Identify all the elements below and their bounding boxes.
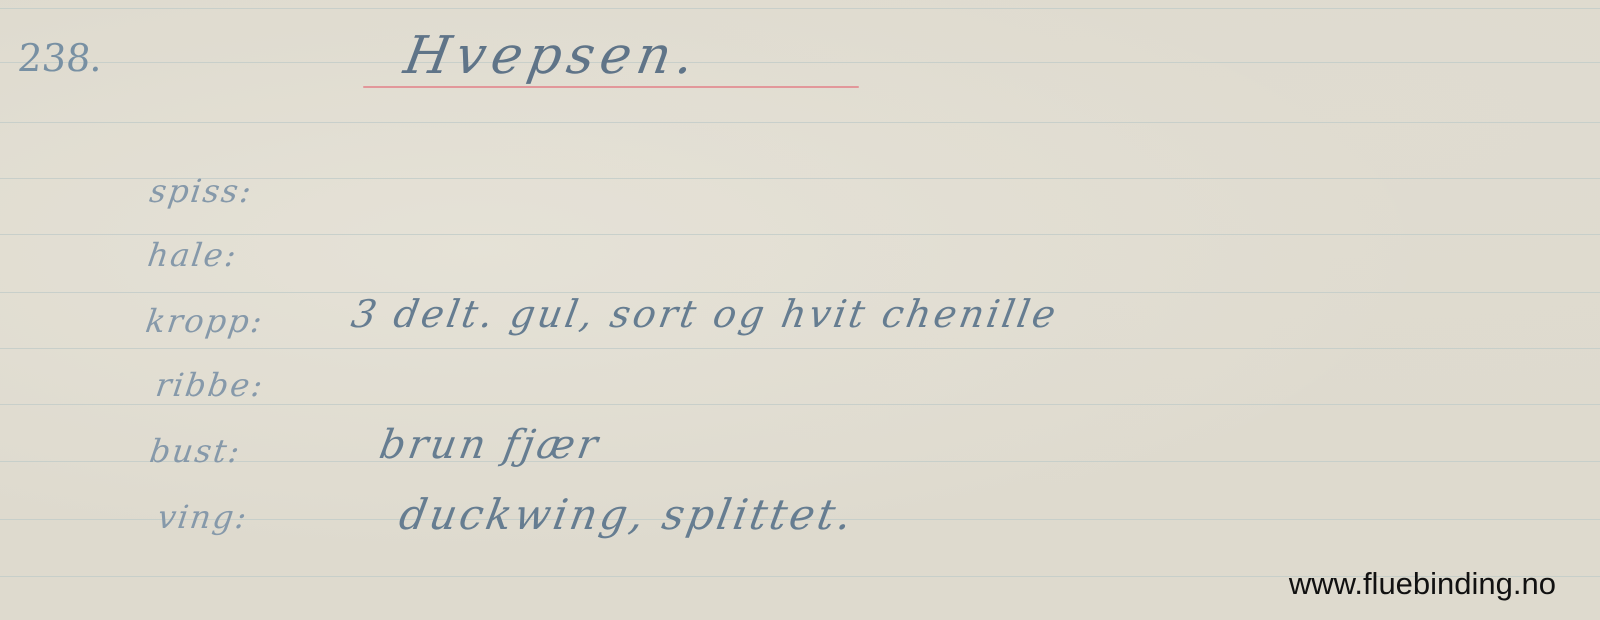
ruled-line [0, 234, 1600, 235]
field-label-spiss: spiss: [147, 172, 255, 210]
field-label-ving: ving: [155, 498, 251, 536]
field-label-hale: hale: [145, 236, 240, 274]
website-watermark: www.fluebinding.no [1289, 566, 1556, 602]
ruled-line [0, 122, 1600, 123]
ledger-page: 238. Hvepsen. spiss: hale: kropp: 3 delt… [0, 0, 1600, 620]
title-underline [363, 86, 859, 88]
ruled-line [0, 461, 1600, 462]
ruled-line [0, 348, 1600, 349]
field-value-kropp: 3 delt. gul, sort og hvit chenille [348, 292, 1062, 336]
field-value-bust: brun fjær [376, 422, 604, 468]
ruled-line [0, 8, 1600, 9]
entry-number: 238. [16, 36, 105, 80]
field-label-ribbe: ribbe: [153, 366, 267, 404]
field-label-kropp: kropp: [143, 302, 266, 340]
fly-pattern-title: Hvepsen. [400, 26, 705, 86]
ruled-line [0, 62, 1600, 63]
field-value-ving: duckwing, splittet. [396, 490, 859, 539]
field-label-bust: bust: [147, 432, 243, 470]
ruled-line [0, 404, 1600, 405]
